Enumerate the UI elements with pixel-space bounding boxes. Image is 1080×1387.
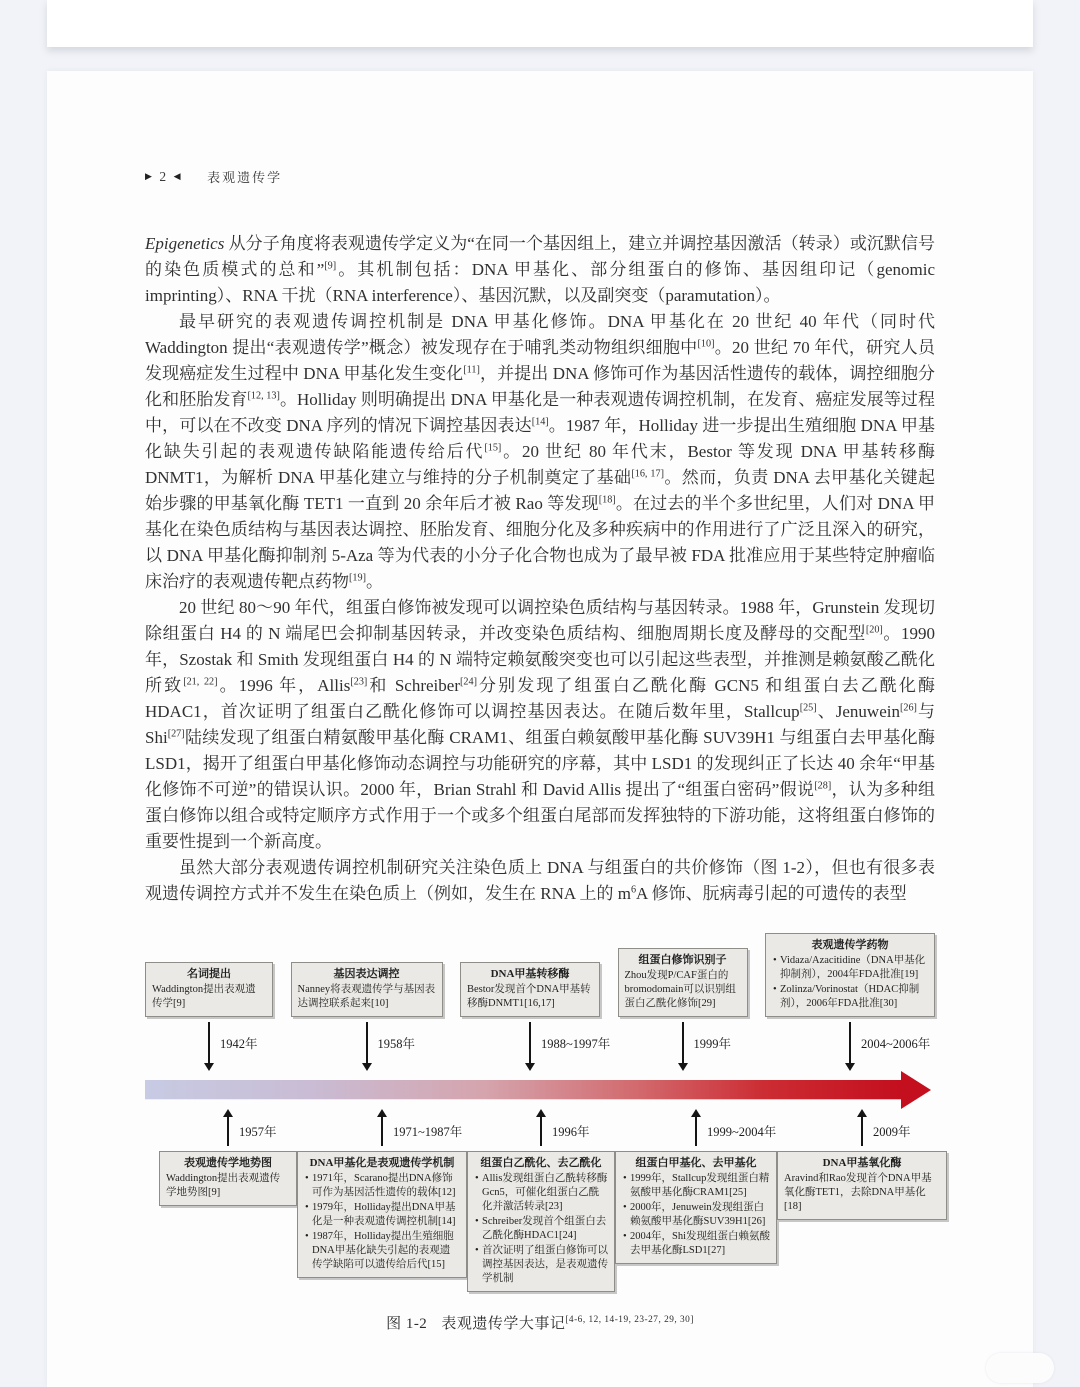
figure-caption-refs: [4-6, 12, 14-19, 23-27, 29, 30] — [565, 1315, 694, 1325]
event-year: 1971~1987年 — [393, 1122, 462, 1140]
event-year: 1942年 — [220, 1034, 258, 1052]
arrow-up-icon — [695, 1116, 697, 1146]
arrow-down-stem: 1988~1997年 — [460, 1020, 600, 1066]
event-title: 组蛋白甲基化、去甲基化 — [622, 1156, 770, 1171]
event-title: 名词提出 — [152, 967, 266, 982]
arrow-down-icon — [529, 1022, 531, 1064]
event-bullet: Vidaza/Azacitidine（DNA甲基化抑制剂），2004年FDA批准… — [772, 954, 928, 982]
event-year: 1996年 — [552, 1122, 590, 1140]
timeline-event-1999-2004: 1999~2004年 组蛋白甲基化、去甲基化 1999年，Stallcup发现组… — [615, 1114, 777, 1264]
event-year: 1957年 — [239, 1122, 277, 1140]
previous-page-edge — [47, 0, 1033, 47]
arrow-up-stem: 1999~2004年 — [615, 1114, 777, 1148]
arrow-down-stem: 1958年 — [291, 1020, 443, 1066]
event-box: 组蛋白甲基化、去甲基化 1999年，Stallcup发现组蛋白精氨酸甲基化酶CR… — [615, 1151, 777, 1264]
event-bullet: 2000年，Jenuwein发现组蛋白赖氨酸甲基化酶SUV39H1[26] — [622, 1201, 770, 1229]
event-title: 表观遗传学地势图 — [166, 1156, 290, 1171]
figure-timeline: 名词提出 Waddington提出表观遗传学[9] 1942年 基因表达调控 N… — [145, 933, 935, 1333]
event-body: Waddington提出表观遗传学[9] — [152, 983, 266, 1011]
timeline-bottom-row: 1957年 表观遗传学地势图 Waddington提出表观遗传学地势图[9] 1… — [159, 1114, 935, 1292]
timeline-event-1958: 基因表达调控 Nanney将表观遗传学与基因表达调控联系起来[10] 1958年 — [291, 962, 443, 1066]
event-body: Aravind和Rao发现首个DNA甲基氧化酶TET1，去除DNA甲基化[18] — [784, 1172, 940, 1214]
event-year: 2004~2006年 — [861, 1034, 930, 1052]
arrow-down-icon — [366, 1022, 368, 1064]
page-number: 2 — [159, 169, 166, 185]
event-body: Nanney将表观遗传学与基因表达调控联系起来[10] — [298, 983, 436, 1011]
arrow-down-icon — [849, 1022, 851, 1064]
arrow-up-stem: 2009年 — [777, 1114, 947, 1148]
event-box: 表观遗传学地势图 Waddington提出表观遗传学地势图[9] — [159, 1151, 297, 1206]
event-bullet: Zolinza/Vorinostat（HDAC抑制剂），2006年FDA批准[3… — [772, 983, 928, 1011]
body-paragraph: 虽然大部分表观遗传调控机制研究关注染色质上 DNA 与组蛋白的共价修饰（图 1-… — [145, 855, 935, 907]
event-bullet: 1999年，Stallcup发现组蛋白精氨酸甲基化酶CRAM1[25] — [622, 1172, 770, 1200]
timeline-event-1999: 组蛋白修饰识别子 Zhou发现P/CAF蛋白的bromodomain可以识别组蛋… — [618, 948, 748, 1066]
event-title: DNA甲基氧化酶 — [784, 1156, 940, 1171]
event-bullet: 1979年，Holliday提出DNA甲基化是一种表观遗传调控机制[14] — [304, 1201, 460, 1229]
arrow-down-stem: 1942年 — [145, 1020, 273, 1066]
arrow-down-stem: 1999年 — [618, 1020, 748, 1066]
event-title: 表观遗传学药物 — [772, 938, 928, 953]
event-title: DNA甲基转移酶 — [467, 967, 593, 982]
event-year: 1958年 — [378, 1034, 416, 1052]
event-box: 基因表达调控 Nanney将表观遗传学与基因表达调控联系起来[10] — [291, 962, 443, 1017]
event-year: 1999年 — [694, 1034, 732, 1052]
event-box: 组蛋白修饰识别子 Zhou发现P/CAF蛋白的bromodomain可以识别组蛋… — [618, 948, 748, 1017]
event-bullet: 首次证明了组蛋白修饰可以调控基因表达，是表观遗传学机制 — [474, 1244, 608, 1286]
event-bullet: Schreiber发现首个组蛋白去乙酰化酶HDAC1[24] — [474, 1215, 608, 1243]
timeline-event-1971-1987: 1971~1987年 DNA甲基化是表观遗传学机制 1971年，Scarano提… — [297, 1114, 467, 1278]
body-paragraph: Epigenetics 从分子角度将表观遗传学定义为“在同一个基因组上，建立并调… — [145, 231, 935, 309]
event-year: 2009年 — [873, 1122, 911, 1140]
event-body: Bestor发现首个DNA甲基转移酶DNMT1[16,17] — [467, 983, 593, 1011]
event-box: 组蛋白乙酰化、去乙酰化 Allis发现组蛋白乙酰转移酶Gcn5，可催化组蛋白乙酰… — [467, 1151, 615, 1292]
arrow-up-stem: 1971~1987年 — [297, 1114, 467, 1148]
event-title: 组蛋白乙酰化、去乙酰化 — [474, 1156, 608, 1171]
figure-caption: 图 1-2表观遗传学大事记[4-6, 12, 14-19, 23-27, 29,… — [145, 1312, 935, 1333]
header-left-triangle-icon: ◀ — [174, 171, 181, 182]
book-title: 表观遗传学 — [207, 167, 282, 186]
event-box: DNA甲基氧化酶 Aravind和Rao发现首个DNA甲基氧化酶TET1，去除D… — [777, 1151, 947, 1220]
page-card: ▶ 2 ◀ 表观遗传学 Epigenetics 从分子角度将表观遗传学定义为“在… — [47, 71, 1033, 1387]
arrow-up-stem: 1996年 — [467, 1114, 615, 1148]
event-bullet: Allis发现组蛋白乙酰转移酶Gcn5，可催化组蛋白乙酰化并激活转录[23] — [474, 1172, 608, 1214]
watermark-badge — [986, 1353, 1054, 1383]
event-box: DNA甲基转移酶 Bestor发现首个DNA甲基转移酶DNMT1[16,17] — [460, 962, 600, 1017]
event-year: 1999~2004年 — [707, 1122, 776, 1140]
event-box: DNA甲基化是表观遗传学机制 1971年，Scarano提出DNA修饰可作为基因… — [297, 1151, 467, 1278]
timeline-event-1996: 1996年 组蛋白乙酰化、去乙酰化 Allis发现组蛋白乙酰转移酶Gcn5，可催… — [467, 1114, 615, 1292]
event-bullet: 1987年，Holliday提出生殖细胞DNA甲基化缺失引起的表观遗传学缺陷可以… — [304, 1230, 460, 1272]
arrow-up-icon — [540, 1116, 542, 1146]
timeline-gradient-bar — [145, 1080, 901, 1100]
timeline-event-1988-1997: DNA甲基转移酶 Bestor发现首个DNA甲基转移酶DNMT1[16,17] … — [460, 962, 600, 1066]
timeline-event-2009: 2009年 DNA甲基氧化酶 Aravind和Rao发现首个DNA甲基氧化酶TE… — [777, 1114, 947, 1220]
body-paragraph: 20 世纪 80～90 年代，组蛋白修饰被发现可以调控染色质结构与基因转录。19… — [145, 595, 935, 855]
timeline-top-row: 名词提出 Waddington提出表观遗传学[9] 1942年 基因表达调控 N… — [145, 933, 935, 1066]
timeline-arrowhead-icon — [901, 1071, 931, 1109]
arrow-up-stem: 1957年 — [159, 1114, 297, 1148]
figure-caption-label: 图 1-2 — [386, 1316, 427, 1332]
timeline-event-1957: 1957年 表观遗传学地势图 Waddington提出表观遗传学地势图[9] — [159, 1114, 297, 1206]
timeline-axis — [145, 1070, 935, 1110]
header-right-triangle-icon: ▶ — [145, 171, 152, 182]
event-year: 1988~1997年 — [541, 1034, 610, 1052]
body-paragraph: 最早研究的表观遗传调控机制是 DNA 甲基化修饰。DNA 甲基化在 20 世纪 … — [145, 309, 935, 595]
body-text: Epigenetics 从分子角度将表观遗传学定义为“在同一个基因组上，建立并调… — [145, 231, 935, 907]
arrow-up-icon — [227, 1116, 229, 1146]
arrow-down-icon — [208, 1022, 210, 1064]
figure-caption-title: 表观遗传学大事记 — [441, 1316, 565, 1332]
timeline-event-1942: 名词提出 Waddington提出表观遗传学[9] 1942年 — [145, 962, 273, 1066]
page-header: ▶ 2 ◀ 表观遗传学 — [145, 167, 935, 186]
event-bullet: 1971年，Scarano提出DNA修饰可作为基因活性遗传的载体[12] — [304, 1172, 460, 1200]
event-title: DNA甲基化是表观遗传学机制 — [304, 1156, 460, 1171]
event-box: 表观遗传学药物 Vidaza/Azacitidine（DNA甲基化抑制剂），20… — [765, 933, 935, 1017]
arrow-down-icon — [682, 1022, 684, 1064]
timeline-event-2004-2006: 表观遗传学药物 Vidaza/Azacitidine（DNA甲基化抑制剂），20… — [765, 933, 935, 1066]
event-title: 组蛋白修饰识别子 — [625, 953, 741, 968]
arrow-down-stem: 2004~2006年 — [765, 1020, 935, 1066]
event-body: Zhou发现P/CAF蛋白的bromodomain可以识别组蛋白乙酰化修饰[29… — [625, 969, 741, 1011]
event-bullet: 2004年，Shi发现组蛋白赖氨酸去甲基化酶LSD1[27] — [622, 1230, 770, 1258]
event-title: 基因表达调控 — [298, 967, 436, 982]
arrow-up-icon — [861, 1116, 863, 1146]
event-body: Waddington提出表观遗传学地势图[9] — [166, 1172, 290, 1200]
arrow-up-icon — [381, 1116, 383, 1146]
event-box: 名词提出 Waddington提出表观遗传学[9] — [145, 962, 273, 1017]
